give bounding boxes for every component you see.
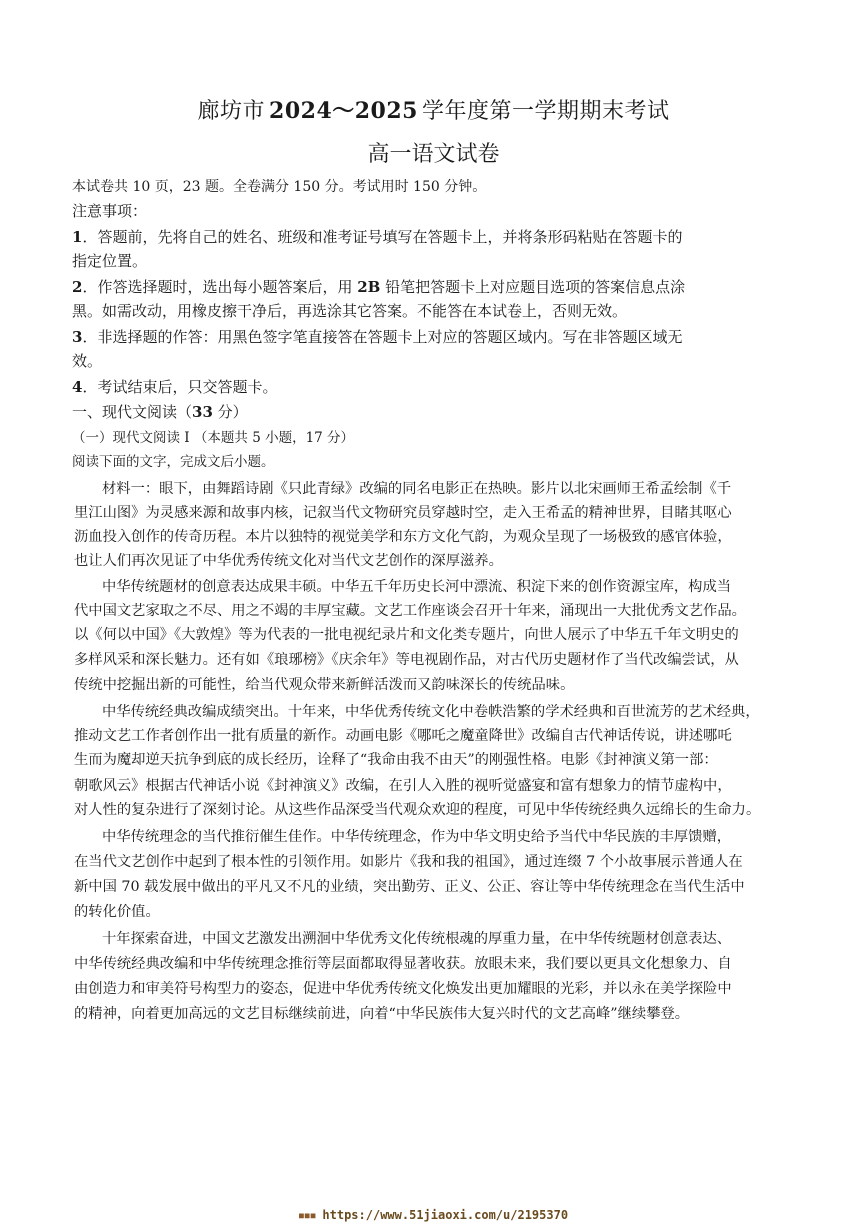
- passage-line: 生而为魔却逆天抗争到底的成长经历，诠释了“我命由我不由天”的刚强性格。电影《封神…: [74, 750, 718, 770]
- section-heading-text: 一、现代文阅读（: [72, 403, 192, 421]
- notice-number: 2: [72, 278, 82, 296]
- title-years: 2024～2025: [269, 98, 418, 124]
- passage-line: 代中国文艺家取之不尽、用之不竭的丰厚宝藏。文艺工作座谈会召开十年来，涌现出一大批…: [74, 601, 746, 621]
- passage-line: 推动文艺工作者创作出一批有质量的新作。动画电影《哪吒之魔童降世》改编自古代神话传…: [74, 726, 732, 746]
- exam-info: 本试卷共 10 页，23 题。全卷满分 150 分。考试用时 150 分钟。: [72, 177, 486, 197]
- notice-number: 1: [72, 228, 82, 246]
- exam-title: 廊坊市2024～2025学年度第一学期期末考试: [0, 96, 867, 127]
- notice-heading: 注意事项：: [72, 201, 147, 221]
- notice-number: 4: [72, 378, 82, 396]
- exam-page: 廊坊市2024～2025学年度第一学期期末考试 高一语文试卷 本试卷共 10 页…: [0, 0, 867, 1227]
- passage-line: 的转化价值。: [74, 902, 160, 922]
- passage-line: 的精神，向着更加高远的文艺目标继续前进，向着“中华民族伟大复兴时代的文艺高峰”继…: [74, 1004, 689, 1024]
- pencil-type: 2B: [357, 278, 380, 296]
- passage-line: 中华传统题材的创意表达成果丰硕。中华五千年历史长河中漂流、积淀下来的创作资源宝库…: [102, 577, 731, 597]
- exam-subtitle: 高一语文试卷: [0, 140, 867, 170]
- section-heading-text: 分）: [213, 403, 248, 421]
- passage-line: 沥血投入创作的传奇历程。本片以独特的视觉美学和东方文化气韵，为观众呈现了一场极致…: [74, 527, 732, 547]
- section-score: 33: [192, 403, 213, 421]
- notice-item-3-cont: 效。: [72, 351, 102, 371]
- passage-line: 以《何以中国》《大敦煌》等为代表的一批电视纪录片和文化类专题片，向世人展示了中华…: [74, 625, 739, 645]
- passage-line: 十年探索奋进，中国文艺激发出溯洄中华优秀文化传统根魂的厚重力量，在中华传统题材创…: [102, 929, 731, 949]
- notice-text: 铅笔把答题卡上对应题目选项的答案信息点涂: [385, 278, 685, 296]
- passage-line: 对人性的复杂进行了深刻讨论。从这些作品深受当代观众欢迎的程度，可见中华传统经典久…: [74, 800, 760, 820]
- passage-line: 多样风采和深长魅力。还有如《琅琊榜》《庆余年》等电视剧作品，对古代历史题材作了当…: [74, 650, 739, 670]
- watermark-icon: ■■■: [299, 1211, 316, 1220]
- notice-item-4: 4．考试结束后，只交答题卡。: [72, 377, 277, 397]
- passage-line: 朝歌风云》根据古代神话小说《封神演义》改编，在引人入胜的视听觉盛宴和富有想象力的…: [74, 776, 732, 796]
- notice-item-2-cont: 黑。如需改动，用橡皮擦干净后，再选涂其它答案。不能答在本试卷上，否则无效。: [72, 301, 627, 321]
- notice-item-1: 1．答题前，先将自己的姓名、班级和准考证号填写在答题卡上，并将条形码粘贴在答题卡…: [72, 227, 682, 247]
- notice-number: 3: [72, 328, 82, 346]
- passage-line: 新中国 70 载发展中做出的平凡又不凡的业绩，突出勤劳、正义、公正、容让等中华传…: [74, 877, 745, 897]
- section-heading: 一、现代文阅读（33 分）: [72, 402, 248, 422]
- passage-line: 里江山图》为灵感来源和故事内核，记叙当代文物研究员穿越时空，走入王希孟的精神世界…: [74, 503, 732, 523]
- notice-item-3: 3．非选择题的作答：用黑色签字笔直接答在答题卡上对应的答题区域内。写在非答题区域…: [72, 327, 682, 347]
- page-footer: ■■■https://www.51jiaoxi.com/u/2195370: [0, 1208, 867, 1222]
- notice-text: ．答题前，先将自己的姓名、班级和准考证号填写在答题卡上，并将条形码粘贴在答题卡的: [82, 228, 682, 246]
- passage-line: 材料一：眼下，由舞蹈诗剧《只此青绿》改编的同名电影正在热映。影片以北宋画师王希孟…: [102, 479, 731, 499]
- reading-instruction: 阅读下面的文字，完成文后小题。: [72, 452, 275, 472]
- title-prefix: 廊坊市: [198, 99, 266, 124]
- passage-line: 中华传统经典改编和中华传统理念推衍等层面都取得显著收获。放眼未来，我们要以更具文…: [74, 954, 732, 974]
- notice-text: ．作答选择题时，选出每小题答案后，用: [82, 278, 357, 296]
- notice-text: ．非选择题的作答：用黑色签字笔直接答在答题卡上对应的答题区域内。写在非答题区域无: [82, 328, 682, 346]
- notice-item-2: 2．作答选择题时，选出每小题答案后，用 2B 铅笔把答题卡上对应题目选项的答案信…: [72, 277, 685, 297]
- title-suffix: 学年度第一学期期末考试: [422, 99, 670, 124]
- passage-line: 在当代文艺创作中起到了根本性的引领作用。如影片《我和我的祖国》，通过连缀 7 个…: [74, 852, 743, 872]
- sub-section-heading: （一）现代文阅读 I （本题共 5 小题，17 分）: [72, 428, 354, 448]
- passage-line: 也让人们再次见证了中华优秀传统文化对当代文艺创作的深厚滋养。: [74, 551, 503, 571]
- passage-line: 中华传统经典改编成绩突出。十年来，中华优秀传统文化中卷帙浩繁的学术经典和百世流芳…: [102, 702, 760, 722]
- notice-item-1-cont: 指定位置。: [72, 251, 147, 271]
- notice-text: ．考试结束后，只交答题卡。: [82, 378, 277, 396]
- passage-line: 传统中挖掘出新的可能性，给当代观众带来新鲜活泼而又韵味深长的传统品味。: [74, 675, 574, 695]
- passage-line: 由创造力和审美符号构型力的姿态，促进中华优秀传统文化焕发出更加耀眼的光彩，并以永…: [74, 979, 732, 999]
- passage-line: 中华传统理念的当代推衍催生佳作。中华传统理念，作为中华文明史给予当代中华民族的丰…: [102, 827, 731, 847]
- footer-url[interactable]: https://www.51jiaoxi.com/u/2195370: [322, 1208, 568, 1222]
